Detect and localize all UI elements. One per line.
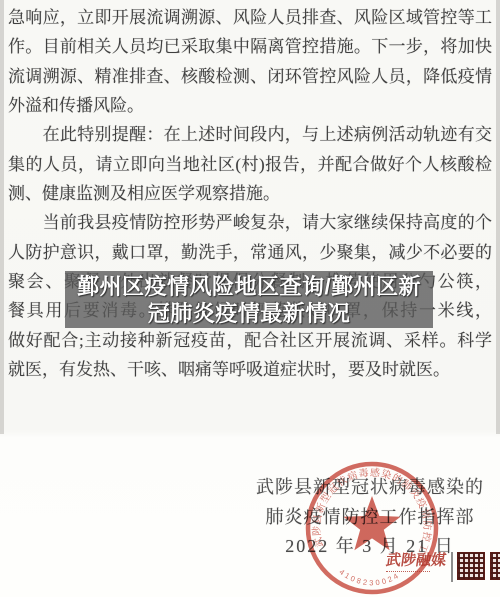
text-line: 做好配合;主动接种新冠疫苗，配合社区开展流调、采样。科学 <box>8 326 492 355</box>
text-line: 当前我县疫情防控形势严峻复杂，请大家继续保持高度的个 <box>8 208 492 237</box>
media-logo-tagline <box>386 571 430 575</box>
media-logo-block: 武陟融媒 <box>386 552 500 582</box>
qr-code-2 <box>490 552 500 580</box>
media-divider <box>451 552 453 582</box>
scan-edge-left <box>0 0 4 434</box>
title-overlay: 鄞州区疫情风险地区查询/鄞州区新 冠肺炎疫情最新情况 <box>65 271 433 328</box>
text-line: 人防护意识，戴口罩，勤洗手，常通风，少聚集，减少不必要的 <box>8 238 492 267</box>
seal-star-icon <box>344 496 401 550</box>
qr-code-1 <box>457 552 485 580</box>
text-line: 外溢和传播风险。 <box>8 91 492 120</box>
title-line-2: 冠肺炎疫情最新情况 <box>148 300 351 327</box>
text-line: 测、健康监测及相应医学观察措施。 <box>8 179 492 208</box>
scanned-notice-page: 急响应，立即开展流调溯源、风险人员排查、风险区域管控等工作。目前相关人员均已采取… <box>0 0 500 597</box>
text-line: 在此特别提醒：在上述时间段内，与上述病例活动轨迹有交 <box>8 120 492 149</box>
media-logo-text: 武陟融媒 <box>385 552 447 569</box>
text-line: 急响应，立即开展流调溯源、风险人员排查、风险区域管控等工 <box>8 3 492 32</box>
text-line: 流调溯源、精准排查、核酸检测、闭环管控风险人员，降低疫情 <box>8 62 492 91</box>
text-line: 就医，有发热、干咳、咽痛等呼吸道症状时，要及时就医。 <box>8 355 492 384</box>
title-line-1: 鄞州区疫情风险地区查询/鄞州区新 <box>77 273 421 300</box>
text-line: 集的人员，请立即向当地社区(村)报告，并配合做好个人核酸检 <box>8 150 492 179</box>
scan-edge-right <box>496 0 500 434</box>
text-line: 作。目前相关人员均已采取集中隔离管控措施。下一步，将加快 <box>8 32 492 61</box>
